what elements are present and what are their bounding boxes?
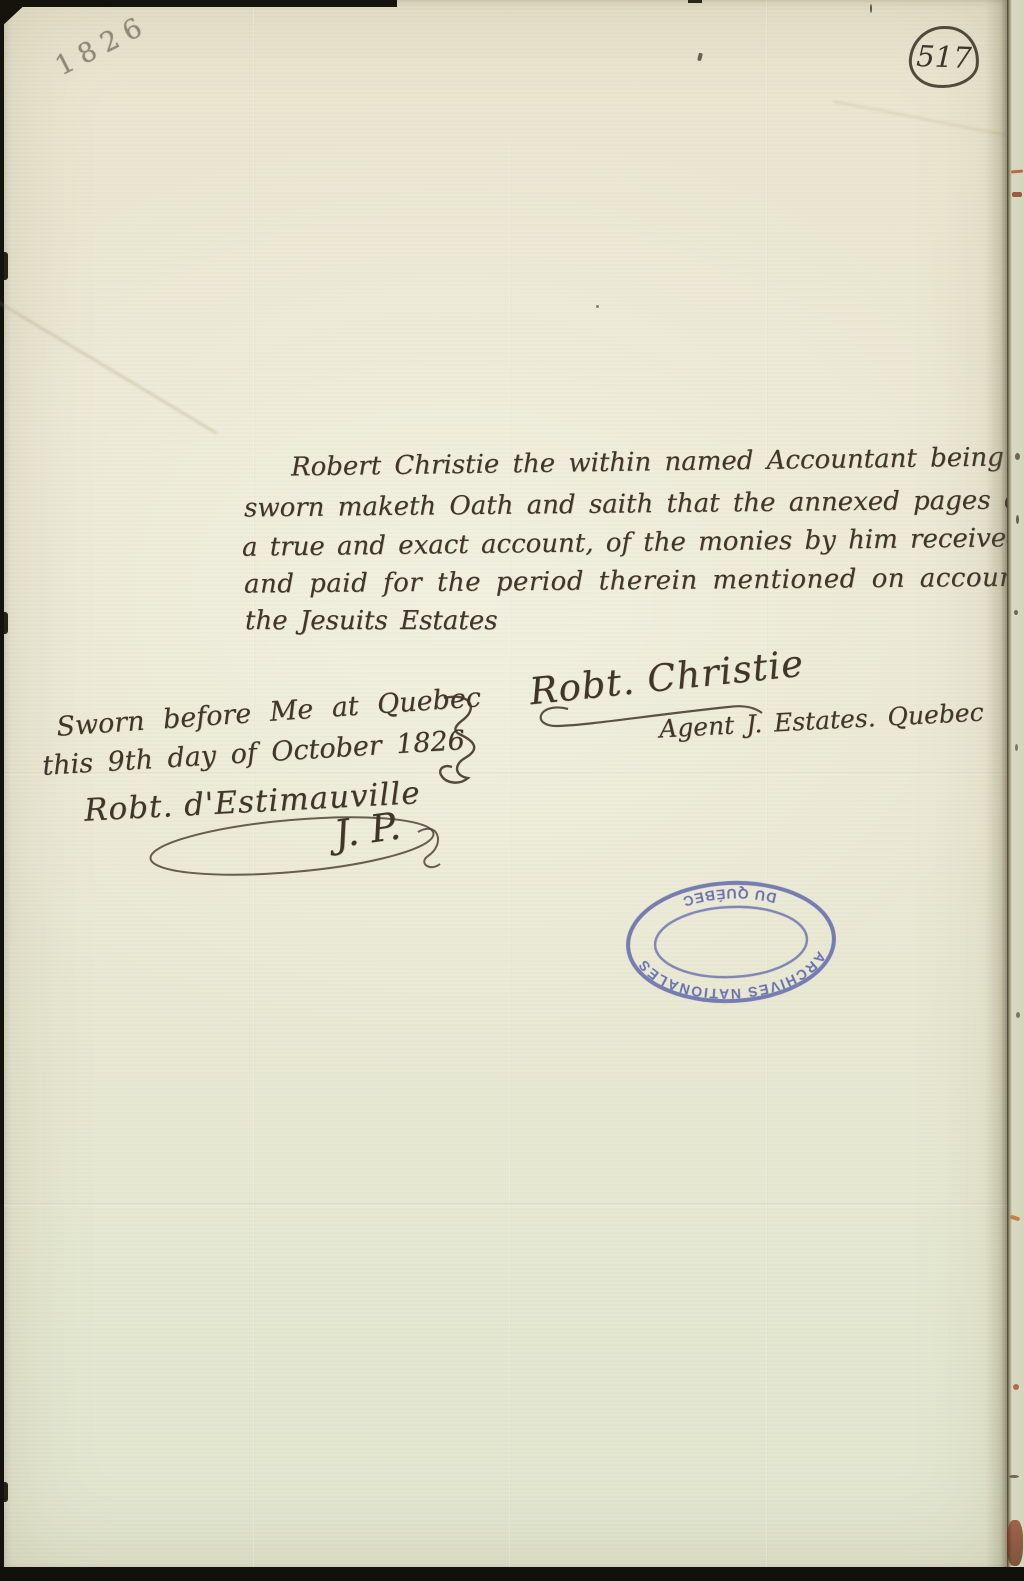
edge-red-mark	[1013, 1384, 1019, 1390]
affidavit-line-5: the Jesuits Estates	[245, 606, 498, 636]
adjacent-page-edge	[1007, 0, 1024, 1581]
ink-speck	[870, 4, 872, 13]
archives-stamp: ARCHIVES NATIONALES DU QUÉBEC	[619, 873, 842, 1010]
edge-red-blob	[1007, 1520, 1023, 1566]
page-number-text: 517	[916, 39, 973, 75]
scan-edge-notch	[4, 1482, 8, 1502]
stamp-inner-ellipse	[654, 904, 809, 981]
archives-stamp-svg: ARCHIVES NATIONALES DU QUÉBEC	[619, 873, 842, 1010]
paper-texture	[4, 0, 1007, 1570]
scan-edge-notch	[4, 612, 8, 634]
page-edge-shadow-right	[985, 0, 1007, 1570]
jurat-brace-flourish	[432, 692, 488, 788]
edge-red-mark	[1010, 1215, 1021, 1222]
scan-edge-top	[0, 0, 397, 7]
scanned-document-canvas: 1826 517 Robert Christie the within name…	[0, 0, 1024, 1581]
edge-red-mark	[1011, 169, 1023, 173]
scan-edge-notch	[4, 252, 8, 280]
scan-edge-bottom	[0, 1567, 1024, 1581]
edge-ink-mark	[1016, 1012, 1020, 1018]
ink-speck	[596, 305, 599, 308]
edge-ink-mark	[1016, 515, 1019, 524]
edge-ink-mark	[1009, 1475, 1019, 1478]
document-page: 1826 517 Robert Christie the within name…	[4, 0, 1007, 1570]
justice-paraph-initials: J. P.	[331, 804, 403, 857]
scan-edge-top-notch	[688, 0, 702, 3]
edge-ink-mark	[1015, 453, 1020, 460]
edge-ink-mark	[1014, 610, 1018, 615]
edge-ink-mark	[1015, 744, 1018, 751]
edge-red-mark	[1012, 192, 1022, 197]
